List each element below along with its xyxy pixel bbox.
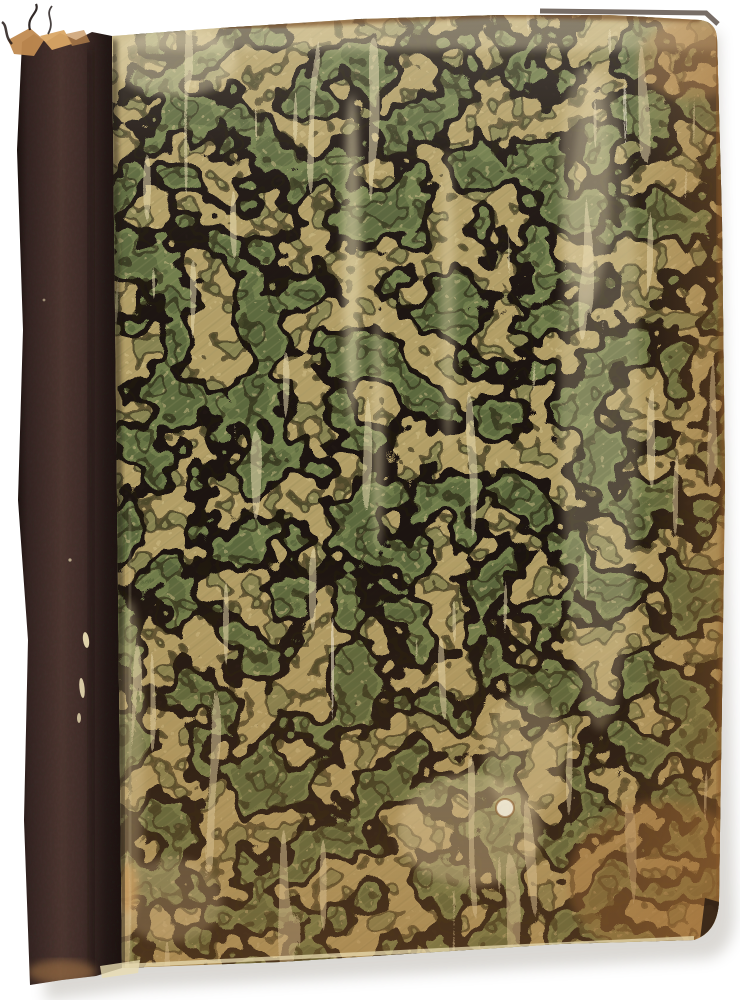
spine-crease <box>88 50 94 965</box>
photo-canvas <box>0 0 740 1000</box>
spine-cloth-noise <box>10 25 130 990</box>
cover-worn-right <box>100 0 740 1000</box>
book-photo <box>0 0 740 1000</box>
marble-pattern <box>100 0 740 1000</box>
spine-texture-group <box>10 25 130 990</box>
cover-chip-spot <box>496 799 514 817</box>
book <box>2 0 740 1000</box>
book-cover <box>100 0 740 1000</box>
